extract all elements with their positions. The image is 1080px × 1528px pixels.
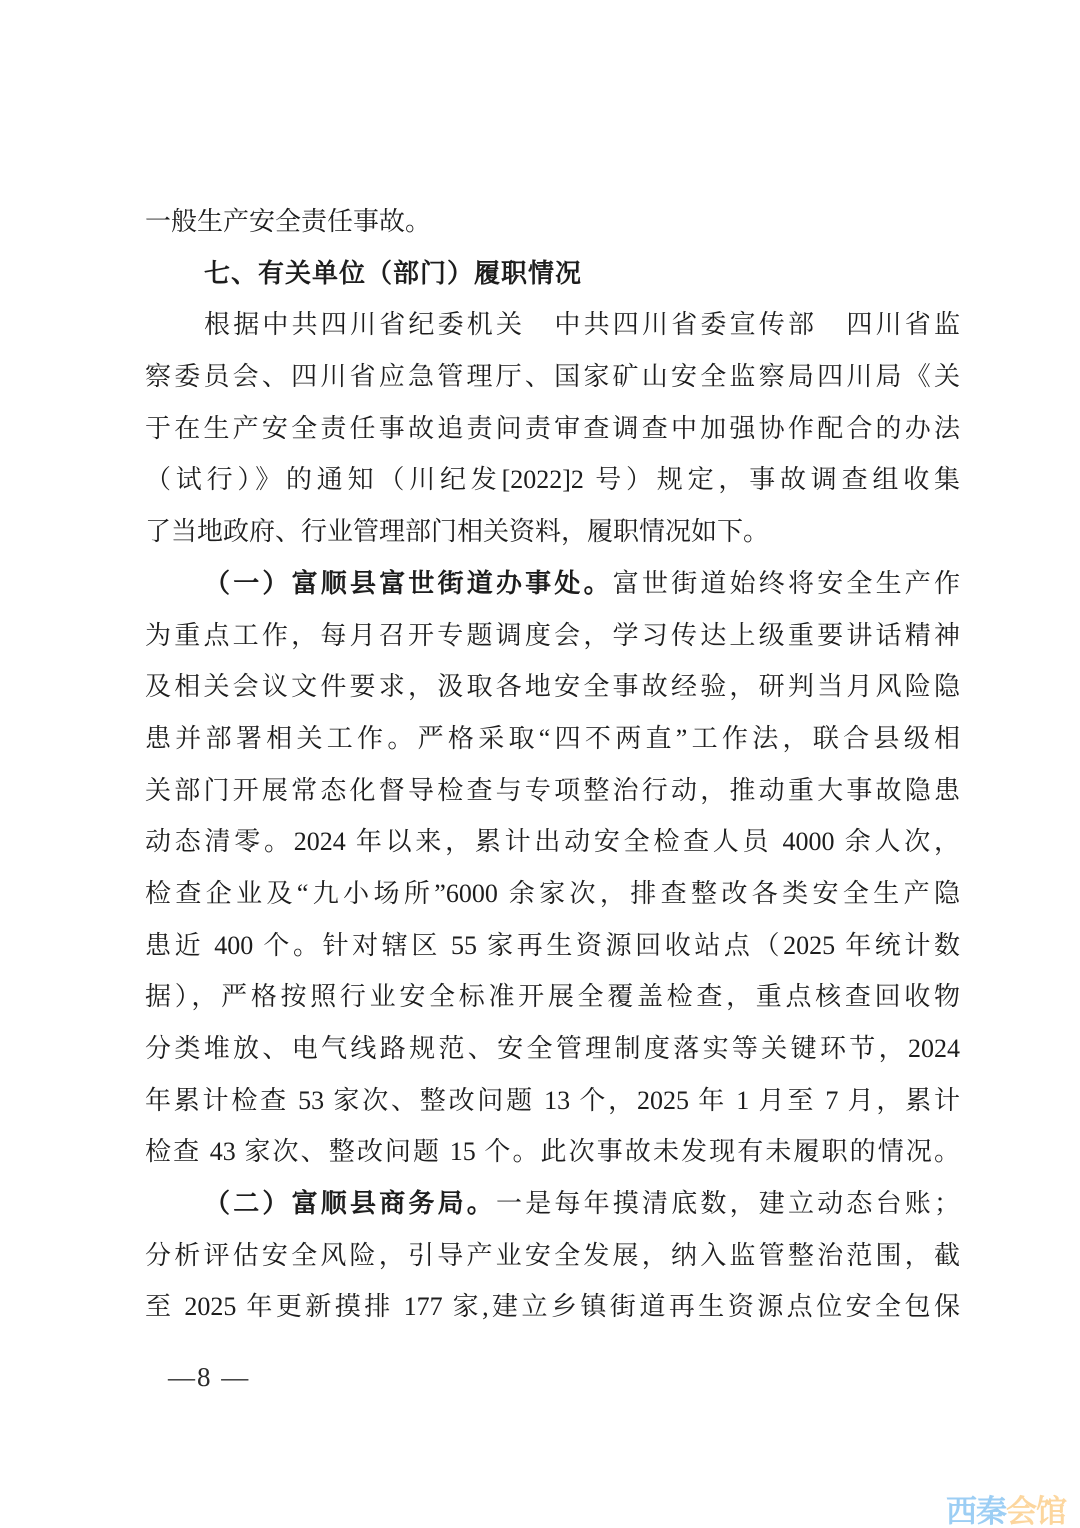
body-text-line: 检查企业及“九小场所”6000 余家次，排查整改各类安全生产隐 — [145, 868, 960, 920]
body-text-line: 检查 43 家次、整改问题 15 个。此次事故未发现有未履职的情况。 — [145, 1126, 960, 1178]
body-text-line: 分析评估安全风险，引导产业安全发展，纳入监管整治范围，截 — [145, 1230, 960, 1282]
body-text-line: 患近 400 个。针对辖区 55 家再生资源回收站点（2025 年统计数 — [145, 920, 960, 972]
paragraph-text: 一是每年摸清底数，建立动态台账； — [496, 1189, 960, 1218]
body-text-line: 年累计检查 53 家次、整改问题 13 个，2025 年 1 月至 7 月，累计 — [145, 1075, 960, 1127]
body-text-line: 为重点工作，每月召开专题调度会，学习传达上级重要讲话精神 — [145, 610, 960, 662]
body-text-line: 患并部署相关工作。严格采取“四不两直”工作法，联合县级相 — [145, 713, 960, 765]
paragraph-text: 富世街道始终将安全生产作 — [613, 569, 960, 598]
watermark-part1: 西秦 — [946, 1494, 1006, 1528]
body-text-line: 了当地政府、行业管理部门相关资料，履职情况如下。 — [145, 506, 960, 558]
body-text-line: 于在生产安全责任事故追责问责审查调查中加强协作配合的办法 — [145, 403, 960, 455]
body-text-line: 动态清零。2024 年以来，累计出动安全检查人员 4000 余人次， — [145, 816, 960, 868]
body-text-line: 据），严格按照行业安全标准开展全覆盖检查，重点核查回收物 — [145, 971, 960, 1023]
body-text-line: 一般生产安全责任事故。 — [145, 196, 960, 248]
body-text-line: 分类堆放、电气线路规范、安全管理制度落实等关键环节，2024 — [145, 1023, 960, 1075]
watermark-part2: 会馆 — [1006, 1494, 1066, 1528]
body-text-line: （试行）》的通知（川纪发[2022]2 号）规定，事故调查组收集 — [145, 454, 960, 506]
section-heading: 七、有关单位（部门）履职情况 — [145, 248, 960, 300]
body-text-line: 根据中共四川省纪委机关 中共四川省委宣传部 四川省监 — [145, 299, 960, 351]
body-text-line: 关部门开展常态化督导检查与专项整治行动，推动重大事故隐患 — [145, 765, 960, 817]
watermark: 西秦会馆 — [946, 1486, 1066, 1528]
page-number: —8 — — [168, 1362, 250, 1393]
body-text-line: 至 2025 年更新摸排 177 家,建立乡镇街道再生资源点位安全包保 — [145, 1281, 960, 1333]
body-text-line: （二）富顺县商务局。一是每年摸清底数，建立动态台账； — [145, 1178, 960, 1230]
body-text-line: 及相关会议文件要求，汲取各地安全事故经验，研判当月风险隐 — [145, 661, 960, 713]
paragraph-lead: （一）富顺县富世街道办事处。 — [204, 569, 613, 598]
paragraph-lead: （二）富顺县商务局。 — [204, 1189, 496, 1218]
body-text-line: （一）富顺县富世街道办事处。富世街道始终将安全生产作 — [145, 558, 960, 610]
document-page: 一般生产安全责任事故。 七、有关单位（部门）履职情况 根据中共四川省纪委机关 中… — [0, 0, 1080, 1528]
body-text-line: 察委员会、四川省应急管理厅、国家矿山安全监察局四川局《关 — [145, 351, 960, 403]
document-body: 一般生产安全责任事故。 七、有关单位（部门）履职情况 根据中共四川省纪委机关 中… — [145, 196, 960, 1333]
